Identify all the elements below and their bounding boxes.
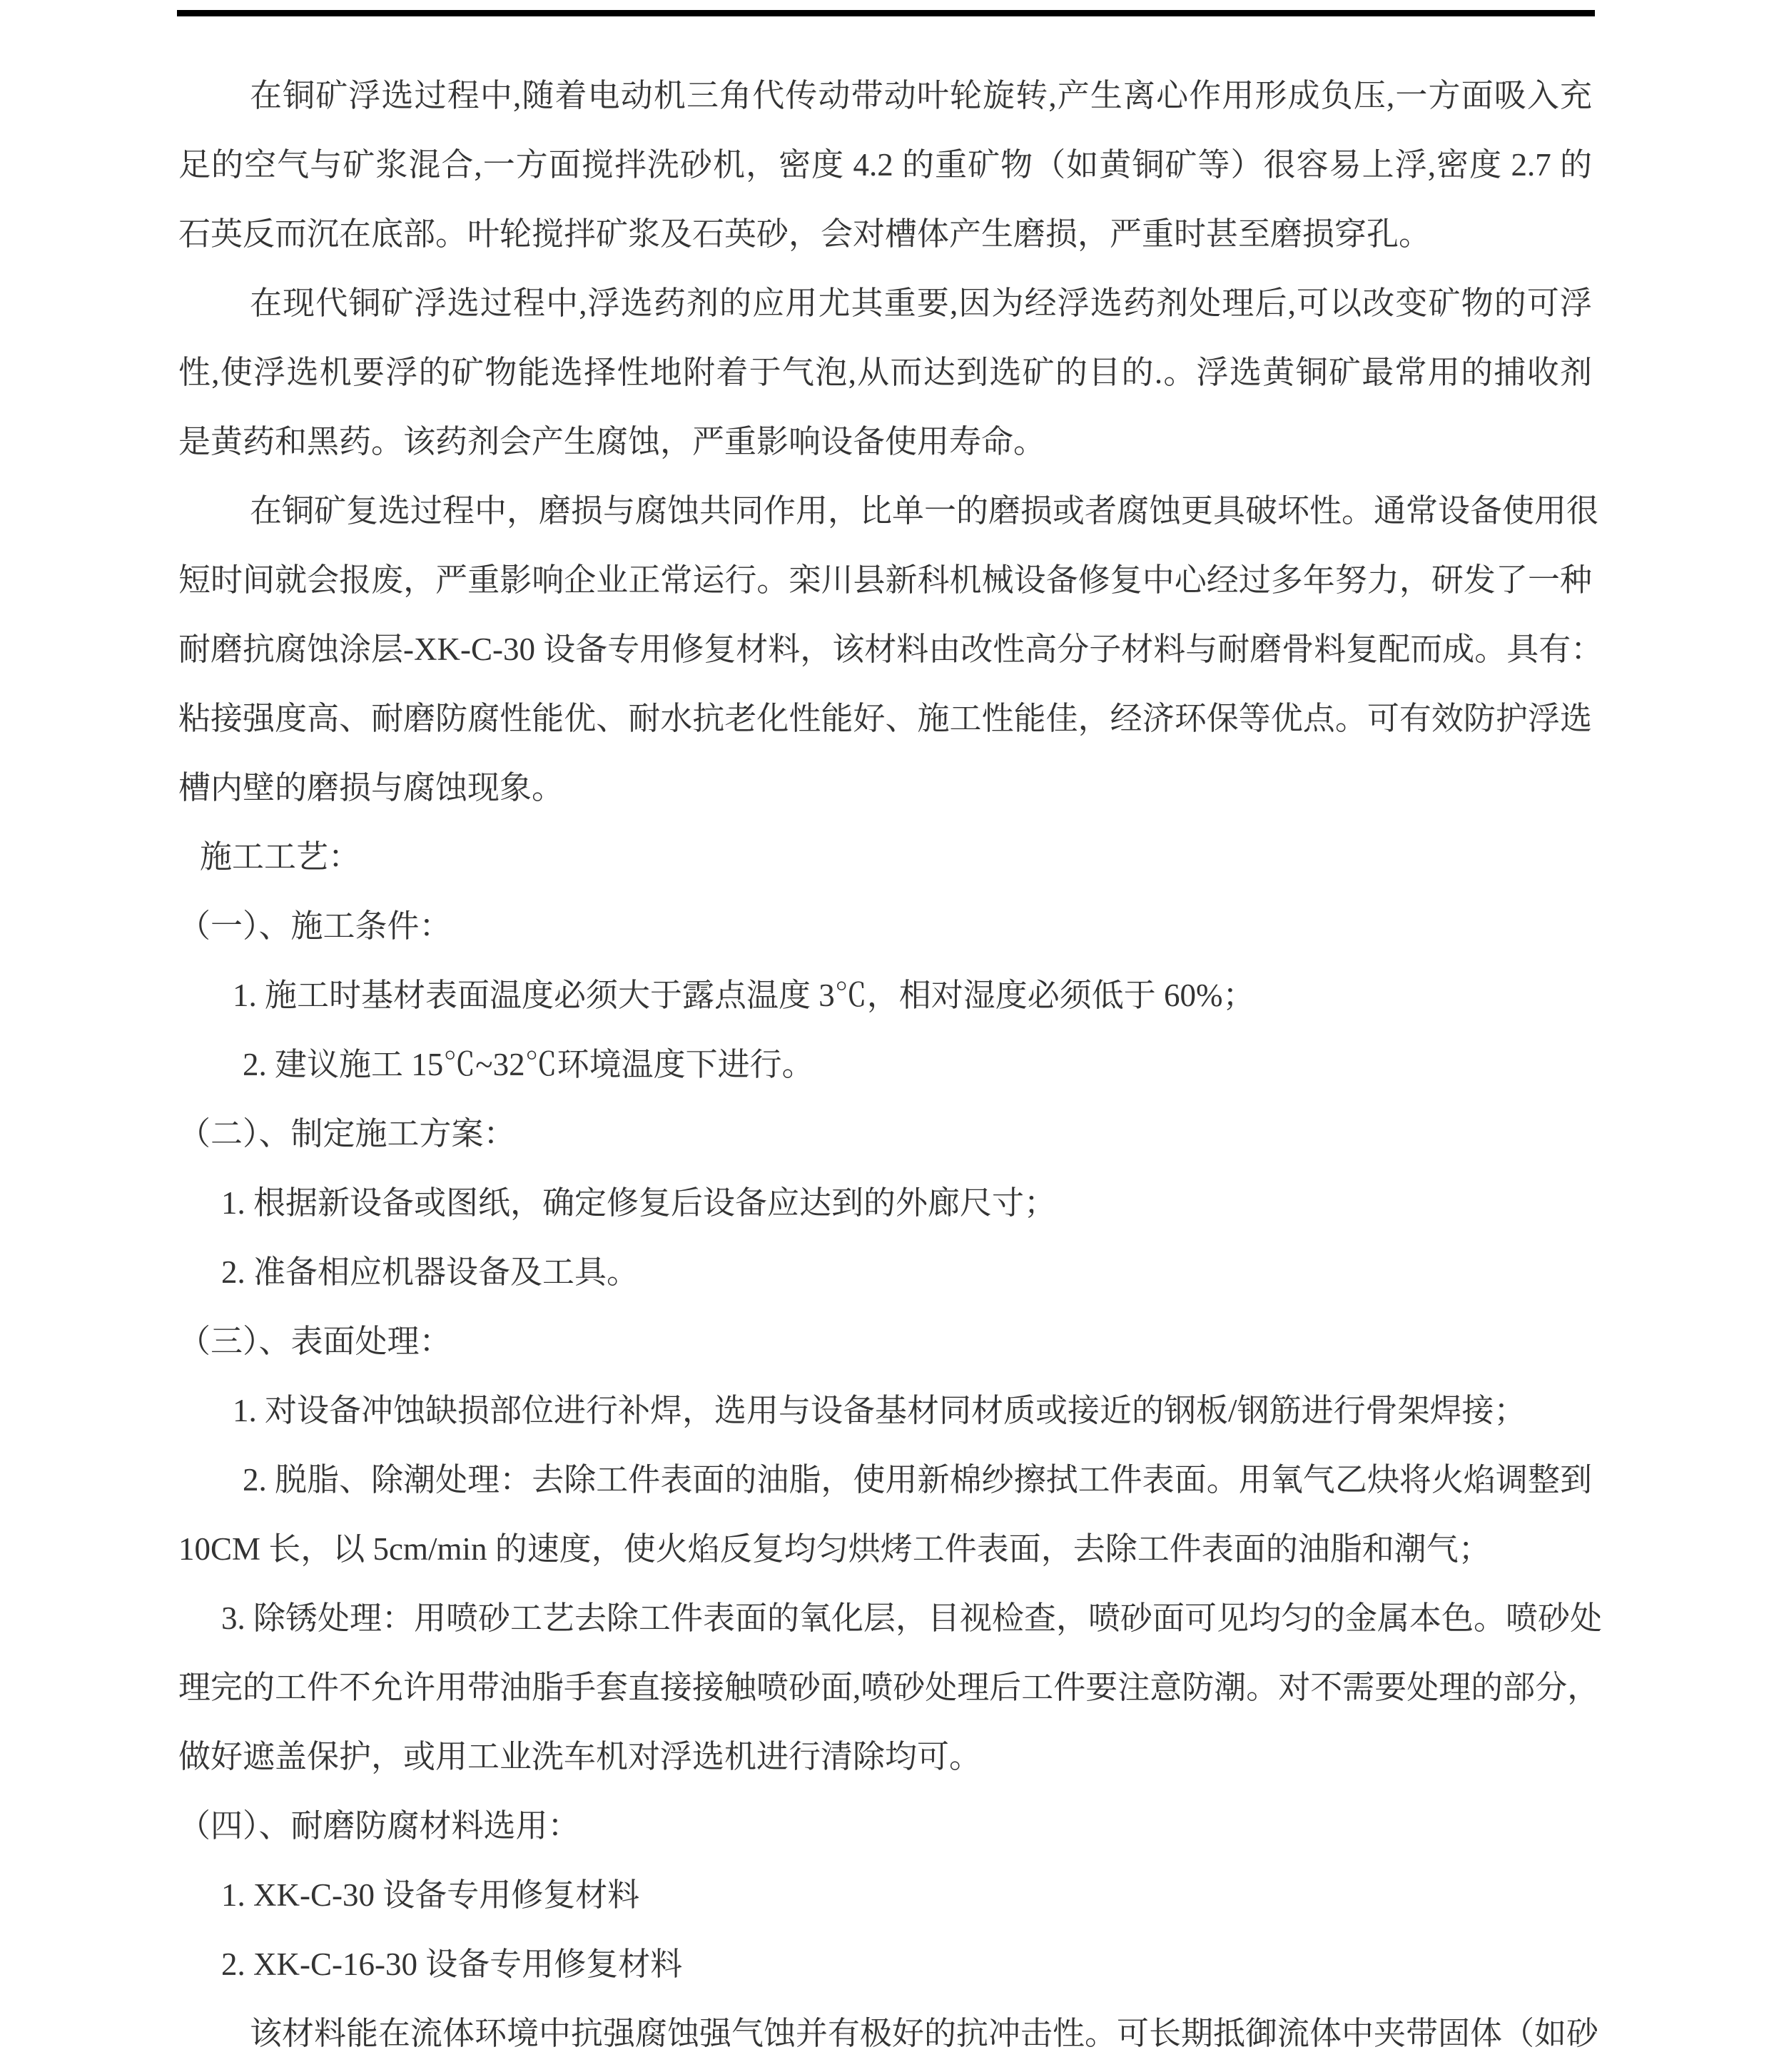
list-item: 1. 施工时基材表面温度必须大于露点温度 3℃，相对湿度必须低于 60%； [178,961,1592,1030]
list-item: 1. 根据新设备或图纸，确定修复后设备应达到的外廊尺寸； [178,1169,1592,1238]
list-item: 2. XK-C-16-30 设备专用修复材料 [178,1930,1592,1999]
paragraph-line: 槽内壁的磨损与腐蚀现象。 [178,753,1592,823]
document-page: 在铜矿浮选过程中,随着电动机三角代传动带动叶轮旋转,产生离心作用形成负压,一方面… [0,0,1769,2072]
paragraph-line: 短时间就会报废，严重影响企业正常运行。栾川县新科机械设备修复中心经过多年努力，研… [178,546,1592,615]
section-heading: （三）、表面处理： [178,1307,1592,1376]
paragraph-line: 石英反而沉在底部。叶轮搅拌矿浆及石英砂，会对槽体产生磨损，严重时甚至磨损穿孔。 [178,200,1592,269]
paragraph-line: 粘接强度高、耐磨防腐性能优、耐水抗老化性能好、施工性能佳，经济环保等优点。可有效… [178,684,1592,753]
paragraph-line: 做好遮盖保护，或用工业洗车机对浮选机进行清除均可。 [178,1722,1592,1792]
paragraph-line: 耐磨抗腐蚀涂层-XK-C-30 设备专用修复材料，该材料由改性高分子材料与耐磨骨… [178,615,1592,684]
paragraph-line: 是黄药和黑药。该药剂会产生腐蚀，严重影响设备使用寿命。 [178,407,1592,477]
list-item: 1. 对设备冲蚀缺损部位进行补焊，选用与设备基材同材质或接近的钢板/钢筋进行骨架… [178,1376,1592,1446]
paragraph-line: 理完的工件不允许用带油脂手套直接接触喷砂面,喷砂处理后工件要注意防潮。对不需要处… [178,1653,1592,1722]
paragraph-line: 足的空气与矿浆混合,一方面搅拌洗砂机，密度 4.2 的重矿物（如黄铜矿等）很容易… [178,131,1592,200]
document-body: 在铜矿浮选过程中,随着电动机三角代传动带动叶轮旋转,产生离心作用形成负压,一方面… [178,61,1592,2068]
section-heading: 施工工艺： [178,823,1592,892]
paragraph-line: 在铜矿浮选过程中,随着电动机三角代传动带动叶轮旋转,产生离心作用形成负压,一方面… [178,61,1592,131]
list-item: 3. 除锈处理：用喷砂工艺去除工件表面的氧化层，目视检查，喷砂面可见均匀的金属本… [178,1584,1592,1653]
paragraph-line: 10CM 长，以 5cm/min 的速度，使火焰反复均匀烘烤工件表面，去除工件表… [178,1515,1592,1584]
section-heading: （二）、制定施工方案： [178,1100,1592,1169]
paragraph-line: 该材料能在流体环境中抗强腐蚀强气蚀并有极好的抗冲击性。可长期抵御流体中夹带固体（… [178,1999,1592,2068]
section-heading: （一）、施工条件： [178,892,1592,961]
list-item: 2. 建议施工 15℃~32℃环境温度下进行。 [178,1030,1592,1100]
list-item: 2. 准备相应机器设备及工具。 [178,1238,1592,1307]
paragraph-line: 在铜矿复选过程中，磨损与腐蚀共同作用，比单一的磨损或者腐蚀更具破坏性。通常设备使… [178,477,1592,546]
list-item: 2. 脱脂、除潮处理：去除工件表面的油脂，使用新棉纱擦拭工件表面。用氧气乙炔将火… [178,1446,1592,1515]
paragraph-line: 性,使浮选机要浮的矿物能选择性地附着于气泡,从而达到选矿的目的.。浮选黄铜矿最常… [178,338,1592,407]
list-item: 1. XK-C-30 设备专用修复材料 [178,1861,1592,1930]
section-heading: （四）、耐磨防腐材料选用： [178,1792,1592,1861]
paragraph-line: 在现代铜矿浮选过程中,浮选药剂的应用尤其重要,因为经浮选药剂处理后,可以改变矿物… [178,269,1592,338]
header-rule [177,10,1595,16]
